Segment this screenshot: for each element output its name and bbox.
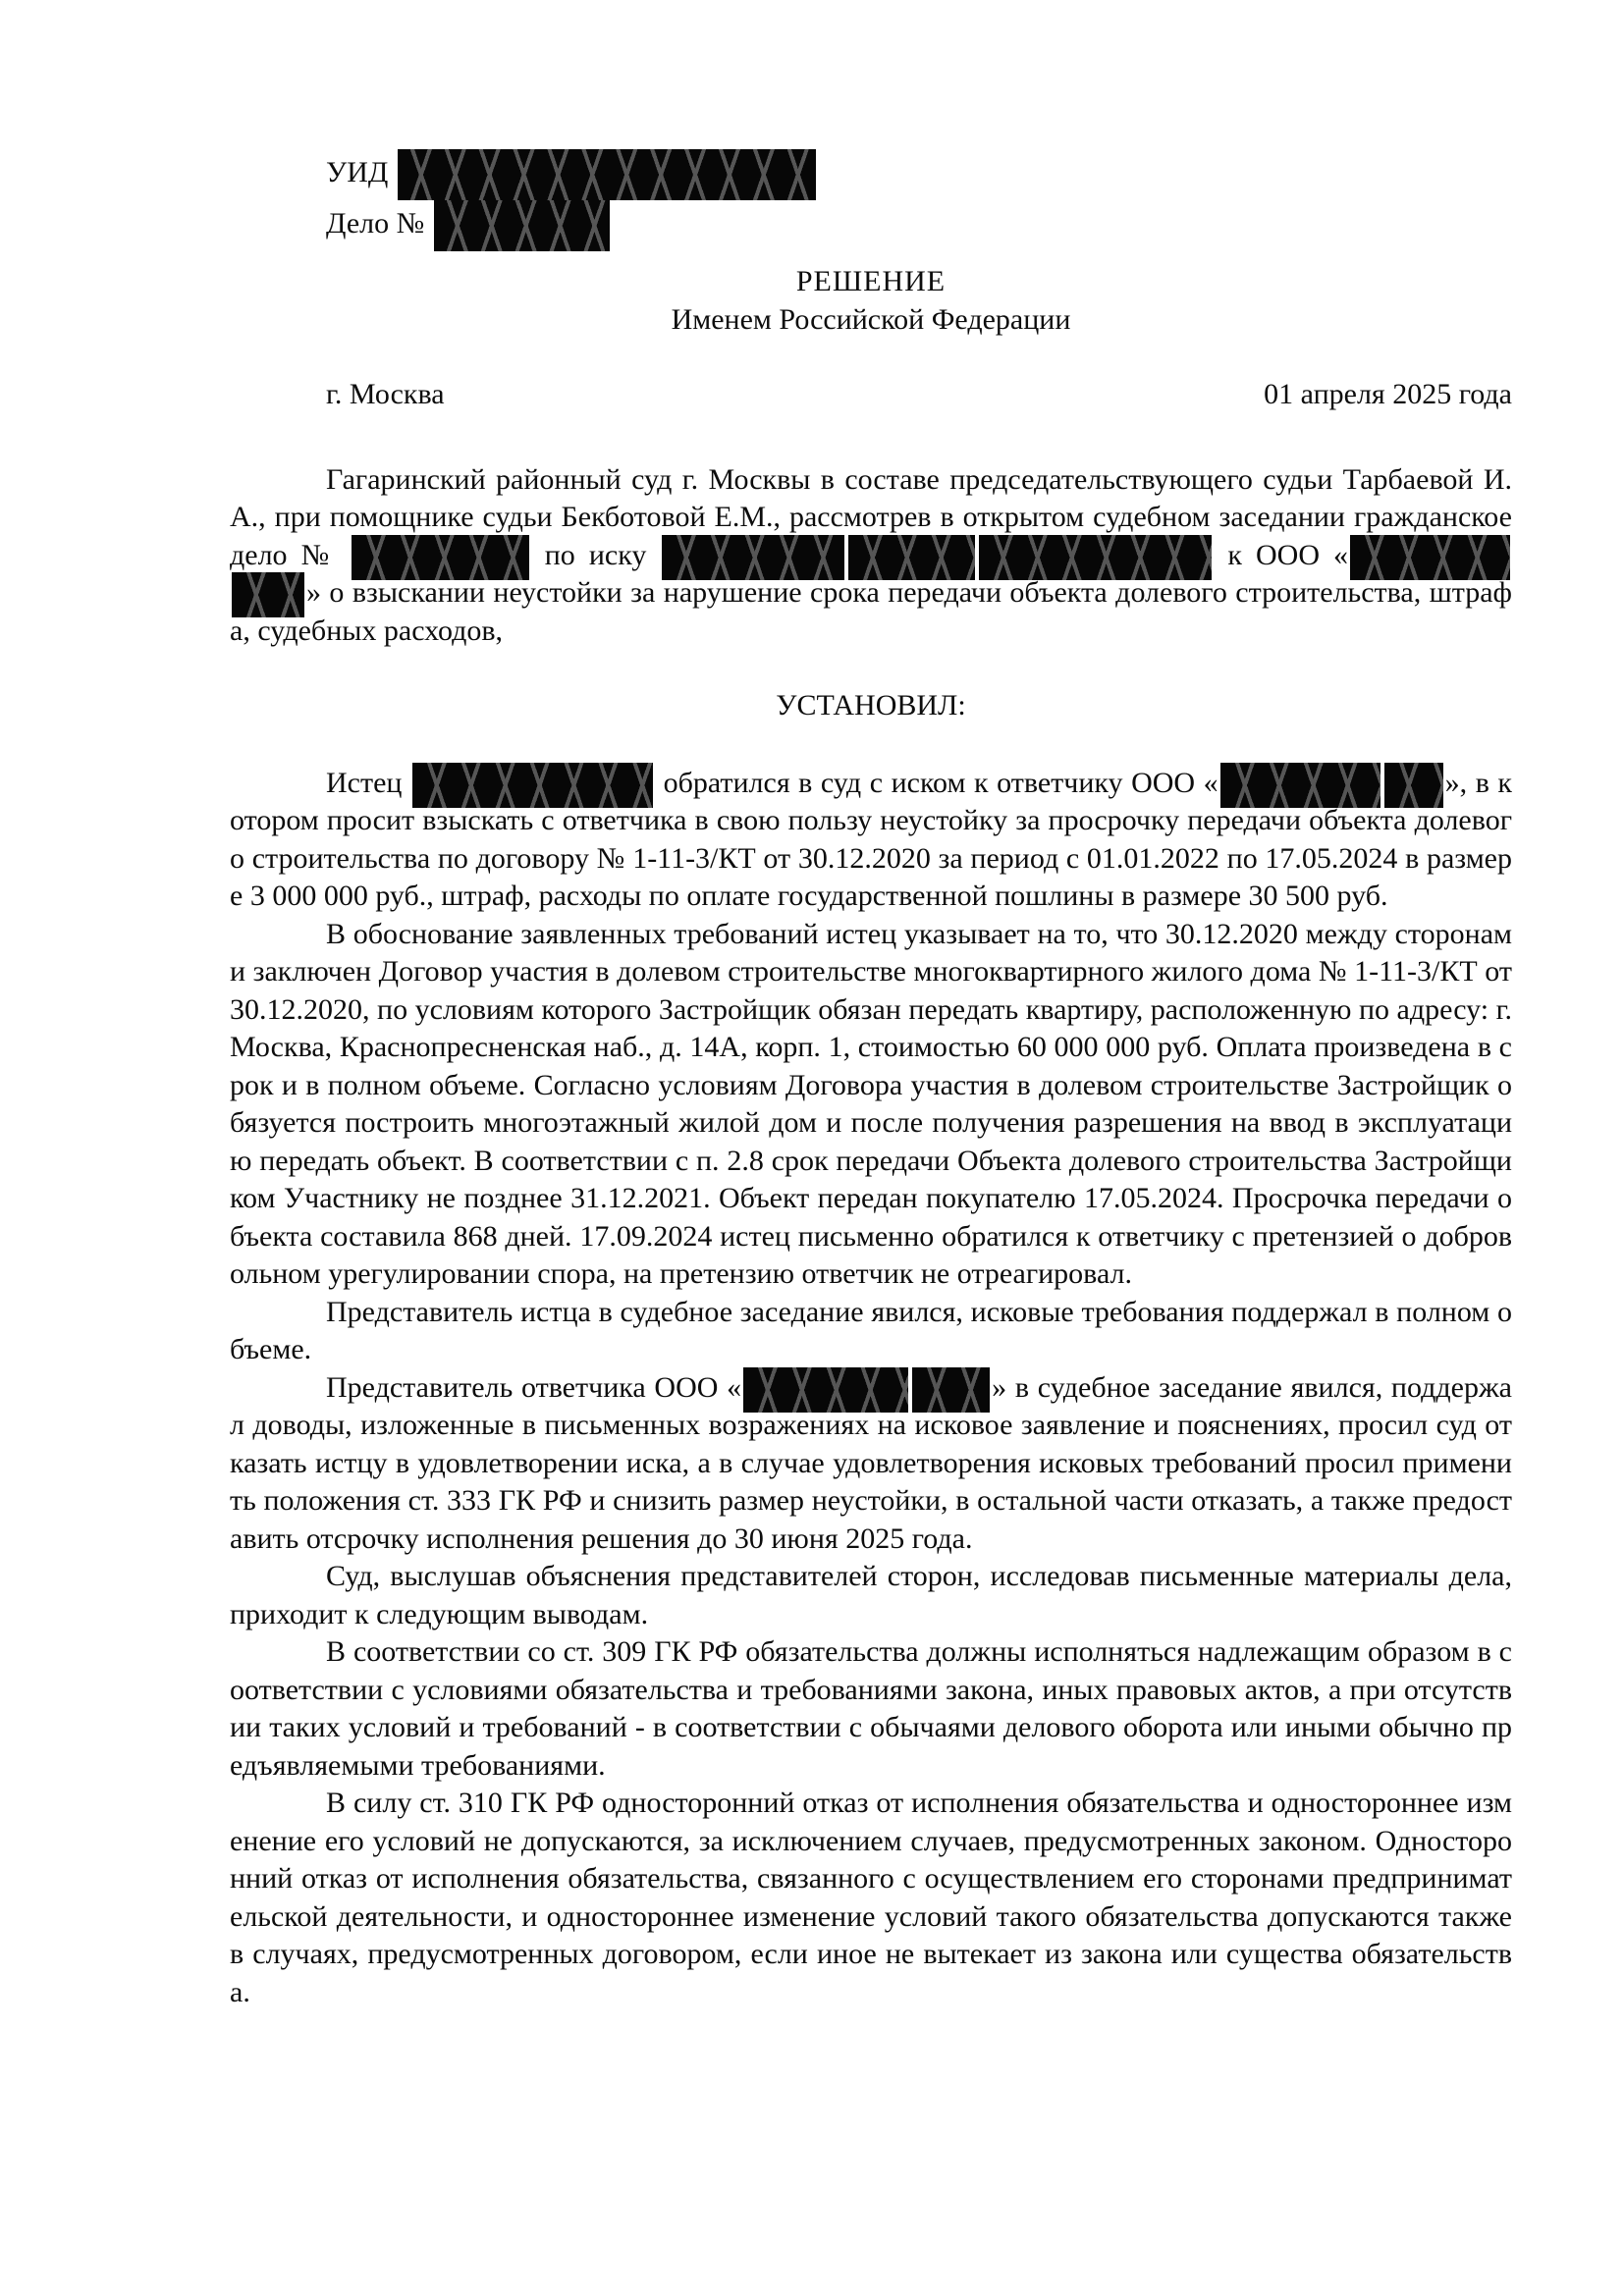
page: УИД Дело № РЕШЕНИЕИменем Российской Феде… — [0, 0, 1624, 2296]
spacer — [230, 725, 1512, 765]
redaction-box — [1220, 763, 1380, 808]
paragraph-text: к ООО « — [1214, 539, 1348, 571]
uid-line: УИД — [230, 147, 1512, 198]
redaction-box — [352, 535, 529, 580]
redaction-box — [1350, 535, 1510, 580]
paragraph: В обоснование заявленных требований исте… — [230, 916, 1512, 1294]
paragraph: Представитель истца в судебное заседание… — [230, 1294, 1512, 1369]
paragraph-text: Представитель истца в судебное заседание… — [230, 1296, 1512, 1366]
document-body: УИД Дело № РЕШЕНИЕИменем Российской Феде… — [230, 147, 1512, 2011]
redaction-box — [743, 1367, 908, 1413]
decision-title: РЕШЕНИЕ — [230, 263, 1512, 301]
redaction-box — [912, 1367, 990, 1413]
spacer — [230, 650, 1512, 687]
uid-line-label: УИД — [326, 156, 396, 188]
paragraph: В силу ст. 310 ГК РФ односторонний отказ… — [230, 1785, 1512, 2011]
paragraph: Истец обратился в суд с иском к ответчик… — [230, 765, 1512, 916]
date-label: 01 апреля 2025 года — [1264, 376, 1512, 414]
city-date-line: г. Москва01 апреля 2025 года — [230, 376, 1512, 414]
paragraph-text: В обоснование заявленных требований исте… — [230, 918, 1512, 1291]
paragraph: В соответствии со ст. 309 ГК РФ обязател… — [230, 1633, 1512, 1785]
paragraph: Суд, выслушав объяснения представителей … — [230, 1558, 1512, 1633]
city-label: г. Москва — [326, 376, 445, 414]
redaction-box — [412, 763, 653, 808]
spacer — [230, 414, 1512, 461]
paragraph: Гагаринский районный суд г. Москвы в сос… — [230, 461, 1512, 651]
decision-subtitle: Именем Российской Федерации — [230, 301, 1512, 340]
paragraph-text: Суд, выслушав объяснения представителей … — [230, 1560, 1512, 1630]
paragraph-text: В соответствии со ст. 309 ГК РФ обязател… — [230, 1635, 1512, 1782]
case-number-line: Дело № — [230, 198, 1512, 249]
spacer — [230, 249, 1512, 263]
redaction-box — [232, 572, 304, 617]
paragraph-text: Истец — [326, 767, 410, 799]
spacer — [230, 339, 1512, 376]
redaction-box — [434, 200, 610, 251]
case-number-line-label: Дело № — [326, 207, 432, 240]
redaction-box — [662, 535, 844, 580]
redaction-box — [979, 535, 1212, 580]
redaction-box — [398, 149, 816, 200]
paragraph-text: В силу ст. 310 ГК РФ односторонний отказ… — [230, 1787, 1512, 2008]
ustanovil-heading: УСТАНОВИЛ: — [230, 687, 1512, 725]
paragraph-text: » о взыскании неустойки за нарушение сро… — [230, 576, 1512, 647]
redaction-box — [1384, 763, 1443, 808]
paragraph: Представитель ответчика ООО «» в судебно… — [230, 1369, 1512, 1559]
paragraph-text: по иску — [531, 539, 661, 571]
paragraph-text: Представитель ответчика ООО « — [326, 1371, 741, 1404]
paragraph-text: обратился в суд с иском к ответчику ООО … — [655, 767, 1218, 799]
redaction-box — [848, 535, 975, 580]
